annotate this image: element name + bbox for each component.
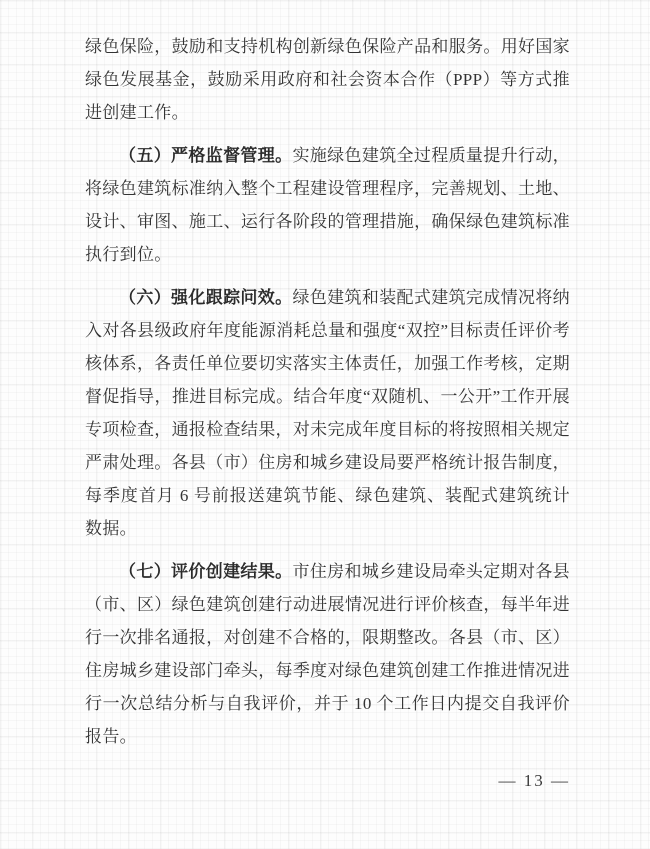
paragraph-section-6: （六）强化跟踪问效。绿色建筑和装配式建筑完成情况将纳入对各县级政府年度能源消耗总…	[85, 281, 570, 545]
paragraph-text: 绿色保险，鼓励和支持机构创新绿色保险产品和服务。用好国家绿色发展基金，鼓励采用政…	[85, 37, 570, 122]
page-number: — 13 —	[85, 769, 570, 793]
paragraph-text: 绿色建筑和装配式建筑完成情况将纳入对各县级政府年度能源消耗总量和强度“双控”目标…	[85, 288, 570, 538]
paragraph-text: 市住房和城乡建设局牵头定期对各县（市、区）绿色建筑创建行动进展情况进行评价核查，…	[85, 562, 570, 746]
paragraph-section-5: （五）严格监督管理。实施绿色建筑全过程质量提升行动，将绿色建筑标准纳入整个工程建…	[85, 139, 570, 271]
paragraph-continuation: 绿色保险，鼓励和支持机构创新绿色保险产品和服务。用好国家绿色发展基金，鼓励采用政…	[85, 30, 570, 129]
document-page: 绿色保险，鼓励和支持机构创新绿色保险产品和服务。用好国家绿色发展基金，鼓励采用政…	[0, 0, 650, 849]
section-6-heading: （六）强化跟踪问效。	[119, 288, 292, 307]
paragraph-section-7: （七）评价创建结果。市住房和城乡建设局牵头定期对各县（市、区）绿色建筑创建行动进…	[85, 555, 570, 753]
section-7-heading: （七）评价创建结果。	[119, 562, 292, 581]
section-5-heading: （五）严格监督管理。	[119, 146, 292, 165]
